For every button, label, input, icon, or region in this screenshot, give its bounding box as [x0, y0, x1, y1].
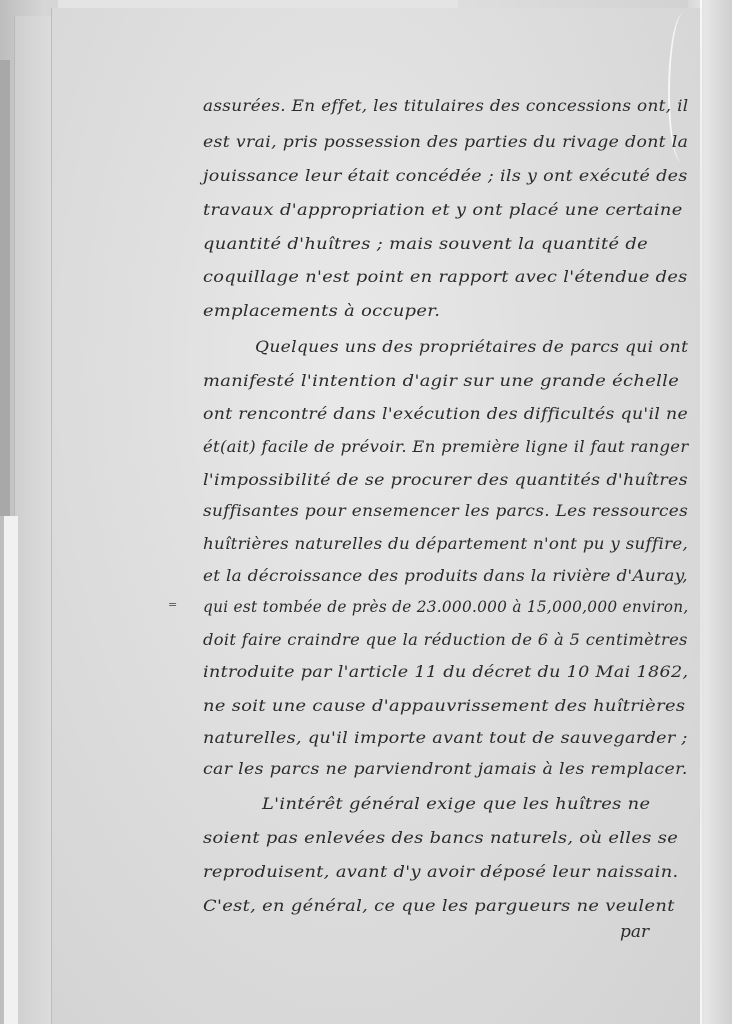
text-line: car les parcs ne parviendront jamais à l… [203, 760, 688, 778]
text-line: L'intérêt général exige que les huîtres … [262, 795, 650, 813]
text-line: doit faire craindre que la réduction de … [203, 631, 688, 649]
text-line: quantité d'huîtres ; mais souvent la qua… [203, 235, 648, 253]
margin-mark: = [168, 598, 177, 611]
text-line: qui est tombée de près de 23.000.000 à 1… [203, 598, 688, 616]
text-line: ét(ait) facile de prévoir. En première l… [203, 438, 688, 456]
text-line: ne soit une cause d'appauvrissement des … [203, 697, 685, 715]
text-line: Quelques uns des propriétaires de parcs … [255, 338, 688, 356]
catchword: par [620, 922, 649, 942]
text-line: travaux d'appropriation et y ont placé u… [203, 201, 683, 219]
text-line: C'est, en général, ce que les pargueurs … [203, 897, 675, 915]
text-line: et la décroissance des produits dans la … [203, 567, 688, 585]
text-line: naturelles, qu'il importe avant tout de … [203, 729, 688, 747]
text-line: l'impossibilité de se procurer des quant… [203, 471, 688, 489]
text-line: suffisantes pour ensemencer les parcs. L… [203, 502, 688, 520]
text-line: emplacements à occuper. [203, 302, 440, 320]
text-line: introduite par l'article 11 du décret du… [203, 663, 688, 681]
text-line: ont rencontré dans l'exécution des diffi… [203, 405, 688, 423]
text-line: assurées. En effet, les titulaires des c… [203, 97, 688, 115]
text-line: soient pas enlevées des bancs naturels, … [203, 829, 678, 847]
text-line: manifesté l'intention d'agir sur une gra… [203, 372, 679, 390]
text-line: jouissance leur était concédée ; ils y o… [203, 167, 688, 185]
manuscript-text: assurées. En effet, les titulaires des c… [0, 0, 732, 1024]
text-line: est vrai, pris possession des parties du… [203, 133, 688, 151]
text-line: coquillage n'est point en rapport avec l… [203, 268, 688, 286]
text-line: huîtrières naturelles du département n'o… [203, 535, 688, 553]
text-line: reproduisent, avant d'y avoir déposé leu… [203, 863, 679, 881]
